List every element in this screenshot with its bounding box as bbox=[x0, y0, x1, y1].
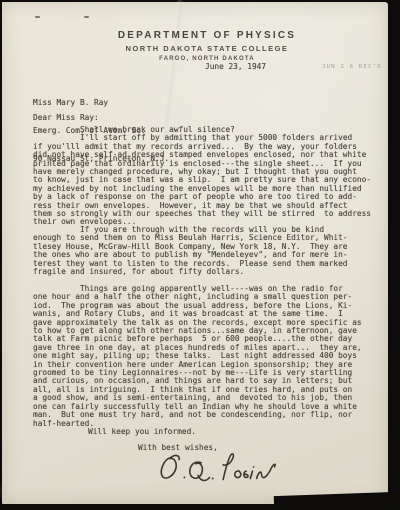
closing-line: Will keep you informed. bbox=[88, 428, 196, 436]
letter-date: June 23, 1947 bbox=[205, 63, 266, 71]
letter-paper: DEPARTMENT OF PHYSICS NORTH DAKOTA STATE… bbox=[2, 2, 388, 504]
scanned-letter: DEPARTMENT OF PHYSICS NORTH DAKOTA STATE… bbox=[0, 0, 400, 510]
letterhead: DEPARTMENT OF PHYSICS NORTH DAKOTA STATE… bbox=[2, 30, 388, 62]
letterhead-college: NORTH DAKOTA STATE COLLEGE bbox=[26, 44, 388, 53]
scan-edge-shadow bbox=[274, 492, 395, 510]
letterhead-department: DEPARTMENT OF PHYSICS bbox=[26, 30, 388, 41]
letterhead-city: FARGO, NORTH DAKOTA bbox=[26, 56, 388, 62]
staple-mark bbox=[35, 16, 40, 18]
body-paragraph-1: Shall we break our awful silence? I'll s… bbox=[33, 126, 389, 227]
received-stamp: JUN 2 6 REC'D bbox=[322, 64, 382, 70]
recipient-name: Miss Mary B. Ray bbox=[33, 98, 169, 107]
salutation: Dear Miss Ray: bbox=[33, 114, 99, 122]
body-paragraph-2: If you are through with the records will… bbox=[33, 226, 389, 276]
signature: D. Q. Posin bbox=[150, 446, 290, 490]
signature-handwriting-icon bbox=[150, 446, 290, 490]
body-paragraph-3: Things are going apparently well----was … bbox=[33, 285, 389, 428]
staple-mark bbox=[84, 16, 89, 18]
